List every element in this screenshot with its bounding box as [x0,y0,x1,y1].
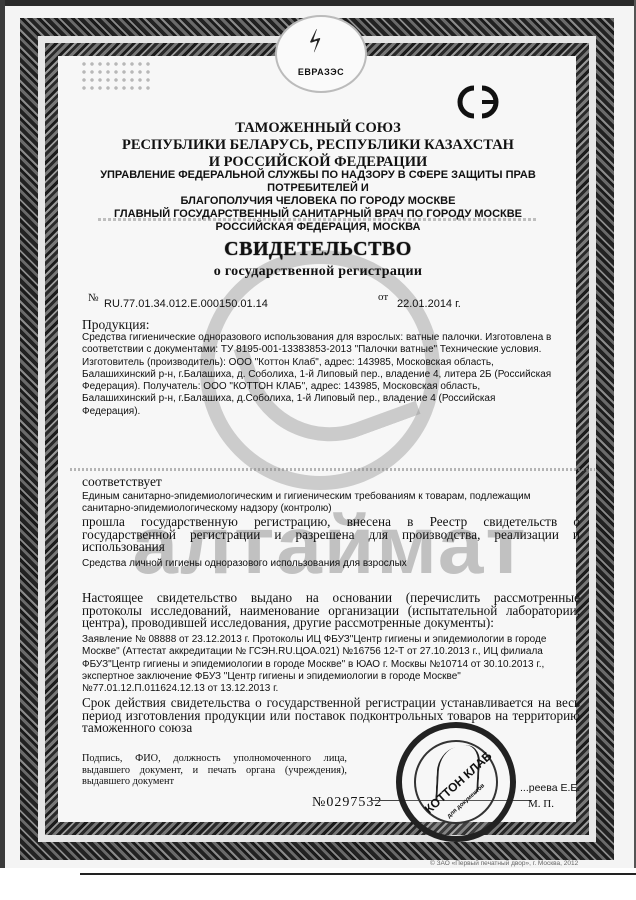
product-label: Продукция: [82,317,149,333]
date-label: от [378,291,388,303]
certificate-subtitle: о государственной регистрации [60,264,576,280]
emblem-label: ЕВРАЗЭС [277,67,365,77]
product-kind: Средства личной гигиены одноразового исп… [82,558,407,569]
product-caption [70,468,595,471]
registration-statement: прошла государственную регистрацию, внес… [82,516,580,554]
printer-note: © ЗАО «Первый печатный двор», г. Москва,… [430,860,578,867]
scan-edge [0,0,5,870]
basis-documents: Заявление № 08888 от 23.12.2013 г. Прото… [82,634,572,695]
certificate-page: ⚡ ЕВРАЗЭС ТАМОЖЕННЫЙ СОЮЗ РЕСПУБЛИКИ БЕЛ… [0,0,636,900]
union-line: РЕСПУБЛИКИ БЕЛАРУСЬ, РЕСПУБЛИКИ КАЗАХСТА… [60,137,576,154]
issuing-agency: УПРАВЛЕНИЕ ФЕДЕРАЛЬНОЙ СЛУЖБЫ ПО НАДЗОРУ… [60,169,576,234]
agency-line: РОССИЙСКАЯ ФЕДЕРАЦИЯ, МОСКВА [60,221,576,234]
eac-conformity-mark-icon [452,82,512,122]
signer-name: ...реева Е.Е. [520,782,580,794]
union-line: ТАМОЖЕННЫЙ СОЮЗ [60,120,576,137]
scan-edge [80,873,636,875]
conformity-label: соответствует [82,474,162,490]
product-description: Средства гигиенические одноразового испо… [82,332,552,418]
customs-union-title: ТАМОЖЕННЫЙ СОЮЗ РЕСПУБЛИКИ БЕЛАРУСЬ, РЕС… [60,120,576,171]
scan-edge [0,0,636,6]
signature-label: Подпись, ФИО, должность уполномоченного … [82,753,347,788]
agency-caption [98,218,538,221]
form-number: №0297532 [312,795,382,811]
eurasec-emblem: ⚡ ЕВРАЗЭС [275,15,367,93]
agency-line: УПРАВЛЕНИЕ ФЕДЕРАЛЬНОЙ СЛУЖБЫ ПО НАДЗОРУ… [60,169,576,195]
eurasec-logo-icon: ⚡ [301,24,332,59]
seal-mark: М. П. [528,798,554,810]
security-pattern [80,60,150,92]
validity-statement: Срок действия свидетельства о государств… [82,697,580,735]
registration-number: RU.77.01.34.012.E.000150.01.14 [104,298,268,310]
certificate-title: СВИДЕТЕЛЬСТВО [60,238,576,261]
number-label: № [88,292,99,304]
agency-line: БЛАГОПОЛУЧИЯ ЧЕЛОВЕКА ПО ГОРОДУ МОСКВЕ [60,195,576,208]
basis-label: Настоящее свидетельство выдано на основа… [82,592,580,630]
registration-date: 22.01.2014 г. [397,298,461,310]
